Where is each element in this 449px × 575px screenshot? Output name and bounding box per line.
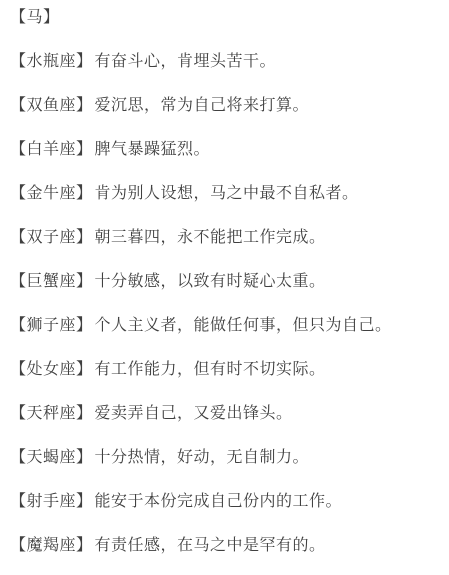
zodiac-description: 爱沉思，常为自己将来打算。 <box>95 95 310 114</box>
zodiac-sign-label: 【巨蟹座】 <box>10 271 93 290</box>
zodiac-description: 个人主义者，能做任何事，但只为自己。 <box>95 315 392 334</box>
zodiac-description: 有奋斗心，肯埋头苦干。 <box>95 51 277 70</box>
zodiac-document: 【马】 【水瓶座】有奋斗心，肯埋头苦干。 【双鱼座】爱沉思，常为自己将来打算。 … <box>0 0 449 575</box>
zodiac-entry: 【射手座】能安于本份完成自己份内的工作。 <box>10 493 437 509</box>
zodiac-sign-label: 【狮子座】 <box>10 315 93 334</box>
zodiac-entry: 【处女座】有工作能力，但有时不切实际。 <box>10 361 437 377</box>
zodiac-description: 脾气暴躁猛烈。 <box>95 139 211 158</box>
zodiac-description: 十分敏感，以致有时疑心太重。 <box>95 271 326 290</box>
zodiac-description: 朝三暮四，永不能把工作完成。 <box>95 227 326 246</box>
zodiac-sign-label: 【天蝎座】 <box>10 447 93 466</box>
zodiac-sign-label: 【天秤座】 <box>10 403 93 422</box>
zodiac-entry: 【狮子座】个人主义者，能做任何事，但只为自己。 <box>10 317 437 333</box>
zodiac-entry: 【双子座】朝三暮四，永不能把工作完成。 <box>10 229 437 245</box>
zodiac-sign-label: 【双子座】 <box>10 227 93 246</box>
zodiac-sign-label: 【金牛座】 <box>10 183 93 202</box>
zodiac-entry: 【魔羯座】有责任感，在马之中是罕有的。 <box>10 537 437 553</box>
page-title: 【马】 <box>10 9 437 25</box>
zodiac-entry: 【天秤座】爱卖弄自己，又爱出锋头。 <box>10 405 437 421</box>
zodiac-entry: 【巨蟹座】十分敏感，以致有时疑心太重。 <box>10 273 437 289</box>
zodiac-description: 有工作能力，但有时不切实际。 <box>95 359 326 378</box>
zodiac-entry-list: 【水瓶座】有奋斗心，肯埋头苦干。 【双鱼座】爱沉思，常为自己将来打算。 【白羊座… <box>10 53 437 553</box>
zodiac-description: 有责任感，在马之中是罕有的。 <box>95 535 326 554</box>
zodiac-sign-label: 【魔羯座】 <box>10 535 93 554</box>
zodiac-sign-label: 【水瓶座】 <box>10 51 93 70</box>
zodiac-entry: 【双鱼座】爱沉思，常为自己将来打算。 <box>10 97 437 113</box>
zodiac-description: 能安于本份完成自己份内的工作。 <box>95 491 343 510</box>
zodiac-sign-label: 【白羊座】 <box>10 139 93 158</box>
zodiac-description: 肯为别人设想，马之中最不自私者。 <box>95 183 359 202</box>
zodiac-entry: 【天蝎座】十分热情，好动，无自制力。 <box>10 449 437 465</box>
zodiac-sign-label: 【射手座】 <box>10 491 93 510</box>
zodiac-entry: 【金牛座】肯为别人设想，马之中最不自私者。 <box>10 185 437 201</box>
zodiac-sign-label: 【双鱼座】 <box>10 95 93 114</box>
zodiac-description: 十分热情，好动，无自制力。 <box>95 447 310 466</box>
zodiac-entry: 【水瓶座】有奋斗心，肯埋头苦干。 <box>10 53 437 69</box>
zodiac-sign-label: 【处女座】 <box>10 359 93 378</box>
zodiac-entry: 【白羊座】脾气暴躁猛烈。 <box>10 141 437 157</box>
zodiac-description: 爱卖弄自己，又爱出锋头。 <box>95 403 293 422</box>
